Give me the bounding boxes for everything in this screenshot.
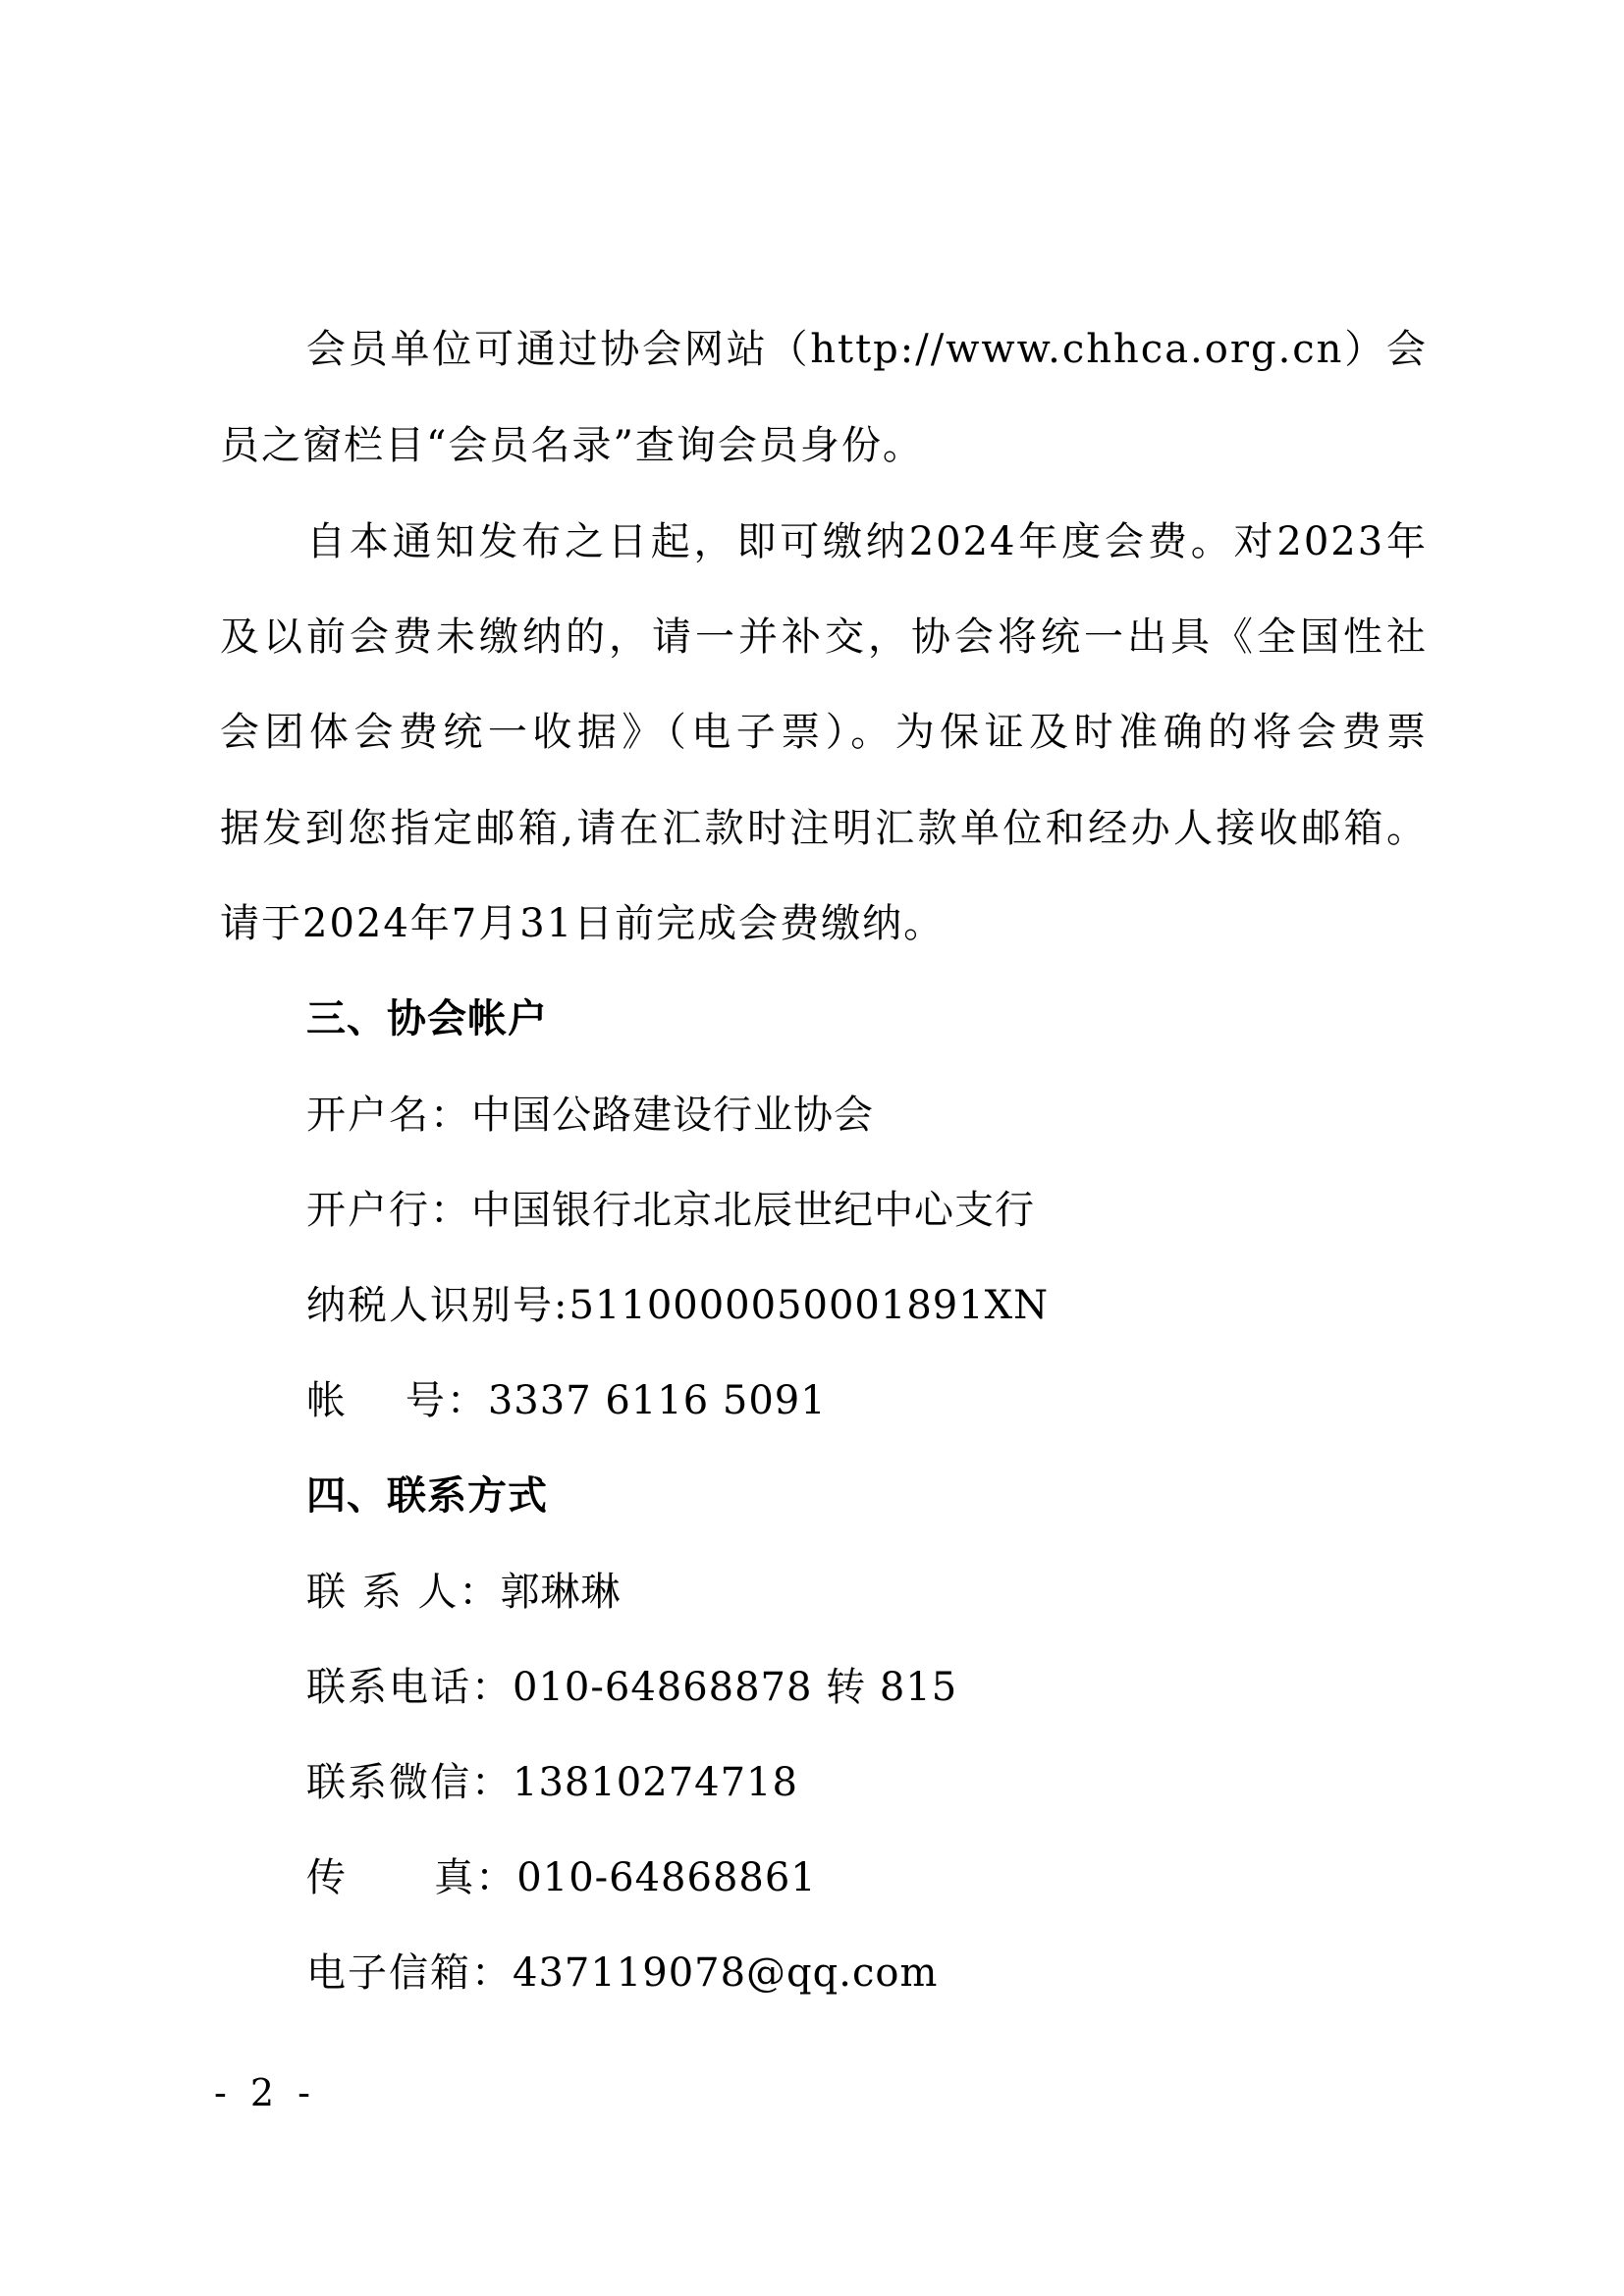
account-number-label: 帐 号： [306,1377,488,1424]
contact-fax-label: 传 真： [306,1854,516,1901]
account-name-field: 开户名： 中国公路建设行业协会 [306,1092,874,1139]
taxpayer-id-value: 5110000050001891XN [568,1282,1049,1329]
contact-email-field: 电子信箱： 437119078@qq.com [306,1949,938,1997]
account-name-label: 开户名： [306,1092,471,1139]
account-bank-value: 中国银行北京北辰世纪中心支行 [471,1187,1035,1234]
paragraph-fee-line-3: 会团体会费统一收据》（电子票）。为保证及时准确的将会费票 [220,709,1428,756]
contact-phone-value: 010-64868878 转 815 [513,1664,957,1711]
contact-person-field: 联 系 人： 郭琳琳 [306,1569,621,1616]
document-page: 会员单位可通过协会网站（http://www.chhca.org.cn）会 员之… [0,0,1624,2296]
paragraph-fee-line-2: 及以前会费未缴纳的，请一并补交，协会将统一出具《全国性社 [220,614,1428,661]
contact-phone-label: 联系电话： [306,1664,513,1711]
account-name-value: 中国公路建设行业协会 [471,1092,874,1139]
account-bank-field: 开户行： 中国银行北京北辰世纪中心支行 [306,1187,1035,1234]
contact-person-value: 郭琳琳 [500,1569,621,1616]
paragraph-member-query-line-1: 会员单位可通过协会网站（http://www.chhca.org.cn）会 [306,326,1428,373]
account-bank-label: 开户行： [306,1187,471,1234]
section-contact-heading: 四、联系方式 [306,1472,548,1520]
contact-phone-field: 联系电话： 010-64868878 转 815 [306,1664,957,1711]
account-number-value: 3337 6116 5091 [488,1377,827,1424]
paragraph-fee-line-1: 自本通知发布之日起，即可缴纳2024年度会费。对2023年 [306,518,1428,565]
page-number: - 2 - [214,2071,316,2114]
contact-wechat-label: 联系微信： [306,1759,513,1806]
contact-email-value: 437119078@qq.com [513,1949,938,1997]
taxpayer-id-label: 纳税人识别号: [306,1282,568,1329]
taxpayer-id-field: 纳税人识别号: 5110000050001891XN [306,1282,1049,1329]
paragraph-fee-line-4: 据发到您指定邮箱,请在汇款时注明汇款单位和经办人接收邮箱。 [220,805,1428,852]
section-account-heading: 三、协会帐户 [306,995,548,1042]
paragraph-member-query-line-2: 员之窗栏目“会员名录”查询会员身份。 [220,422,924,469]
account-number-field: 帐 号： 3337 6116 5091 [306,1377,827,1424]
contact-person-label: 联 系 人： [306,1569,500,1616]
contact-email-label: 电子信箱： [306,1949,513,1997]
contact-fax-field: 传 真： 010-64868861 [306,1854,817,1901]
contact-wechat-field: 联系微信： 13810274718 [306,1759,798,1806]
contact-fax-value: 010-64868861 [516,1854,816,1901]
paragraph-fee-line-5: 请于2024年7月31日前完成会费缴纳。 [220,900,945,947]
contact-wechat-value: 13810274718 [513,1759,798,1806]
